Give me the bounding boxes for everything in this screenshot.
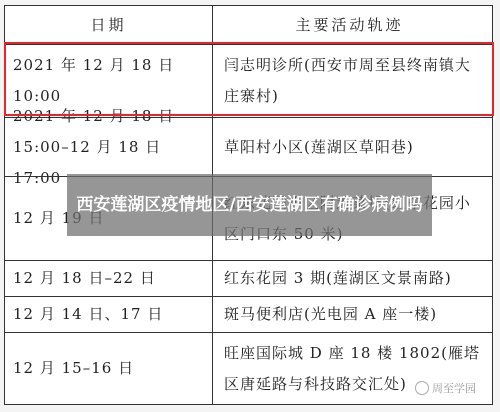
table-row: 2021 年 12 月 18 日 15:00–12 月 18 日 17:00 草… xyxy=(5,117,492,176)
watermark-text: 周至学园 xyxy=(432,380,476,396)
table-header: 日期 主要活动轨迹 xyxy=(5,6,492,44)
wechat-icon xyxy=(415,381,429,395)
overlay-title-text: 西安莲湖区疫情地区/西安莲湖区有确诊病例吗 xyxy=(76,194,422,217)
table-row: 12 月 18 日–22 日 红东花园 3 期(莲湖区文景南路) xyxy=(5,260,492,296)
row-location: 草阳村小区(莲湖区草阳巷) xyxy=(212,118,492,176)
row-date: 2021 年 12 月 18 日 15:00–12 月 18 日 17:00 xyxy=(5,118,212,176)
row-date: 12 月 15–16 日 xyxy=(5,333,212,404)
header-date: 日期 xyxy=(5,6,212,44)
header-location: 主要活动轨迹 xyxy=(212,6,492,44)
row-date: 12 月 14 日、17 日 xyxy=(5,297,212,332)
row-location: 红东花园 3 期(莲湖区文景南路) xyxy=(212,261,492,296)
row-date: 12 月 18 日–22 日 xyxy=(5,261,212,296)
row-location: 闫志明诊所(西安市周至县终南镇大庄寨村) xyxy=(212,45,492,117)
row-location: 斑马便利店(光电园 A 座一楼) xyxy=(212,297,492,332)
watermark: 周至学园 xyxy=(415,380,476,396)
table-row: 12 月 14 日、17 日 斑马便利店(光电园 A 座一楼) xyxy=(5,296,492,332)
overlay-title: 西安莲湖区疫情地区/西安莲湖区有确诊病例吗 xyxy=(67,174,432,236)
